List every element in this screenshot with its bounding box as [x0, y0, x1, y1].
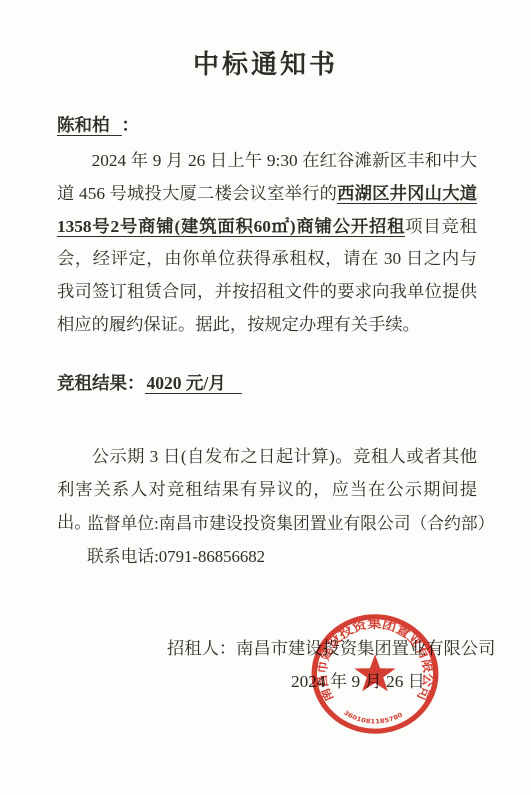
bid-result-label: 竞租结果：: [57, 373, 145, 393]
bid-result-line: 竞租结果：4020 元/月: [57, 370, 242, 395]
company-seal: 南昌市建设投资集团置业有限公司 3601081185780: [307, 610, 443, 738]
supervisor-line: 监督单位:南昌市建设投资集团置业有限公司（合约部）: [57, 507, 517, 540]
salutation-colon: ：: [122, 115, 140, 135]
contact-block: 监督单位:南昌市建设投资集团置业有限公司（合约部） 联系电话:0791-8685…: [57, 507, 517, 574]
body-paragraph-1: 2024 年 9 月 26 日上午 9:30 在红谷滩新区丰和中大道 456 号…: [57, 145, 477, 342]
seal-number-arc-text: 3601081185780: [342, 710, 404, 726]
seal-star-icon: [354, 654, 395, 691]
salutation-line: 陈和柏：: [57, 112, 139, 137]
bid-result-value: 4020 元/月: [145, 373, 242, 394]
notice-document-page: 中标通知书 陈和柏： 2024 年 9 月 26 日上午 9:30 在红谷滩新区…: [0, 0, 531, 795]
phone-line: 联系电话:0791-86856682: [57, 540, 517, 573]
recipient-name: 陈和柏: [57, 115, 122, 136]
document-title: 中标通知书: [0, 44, 531, 81]
svg-text:3601081185780: 3601081185780: [342, 710, 404, 726]
